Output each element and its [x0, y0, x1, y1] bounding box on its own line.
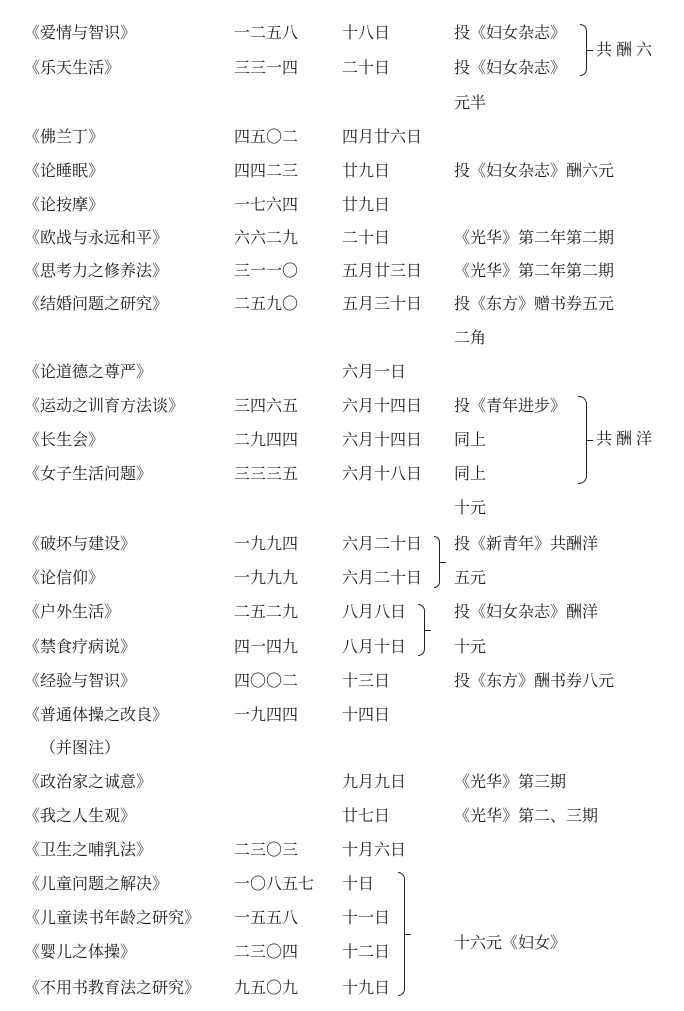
article-title: 《爱情与智识》 [24, 23, 136, 43]
date: 十二日 [342, 942, 390, 962]
word-count: 二三〇四 [234, 942, 298, 962]
publication-note: 《光华》第二年第二期 [454, 228, 614, 248]
article-title: 《政治家之诚意》 [24, 772, 152, 792]
table-row: 《卫生之哺乳法》二三〇三十月六日 [0, 840, 684, 874]
word-count: 一〇八五七 [234, 874, 314, 894]
brace-group3 [398, 872, 405, 996]
word-count: 一二五八 [234, 23, 298, 43]
table-row: （并图注） [0, 738, 684, 772]
date: 六月二十日 [342, 534, 422, 554]
article-title: 《儿童问题之解决》 [24, 874, 168, 894]
article-title: 《论按摩》 [24, 195, 104, 215]
brace-group-june20 [434, 536, 440, 588]
word-count: 一七六四 [234, 195, 298, 215]
table-row: 十元 [0, 498, 684, 532]
table-row: 《结婚问题之研究》二五九〇五月三十日投《东方》赠书券五元 [0, 294, 684, 328]
publication-note: 《光华》第二年第二期 [454, 261, 614, 281]
word-count: 四一四九 [234, 637, 298, 657]
date: 八月八日 [342, 602, 406, 622]
date: 九月九日 [342, 772, 406, 792]
word-count: 一九九九 [234, 568, 298, 588]
publication-note: 投《妇女杂志》酬洋 [454, 602, 598, 622]
brace-note-group3: 十六元《妇女》 [454, 933, 566, 953]
word-count: 二五九〇 [234, 294, 298, 314]
word-count: 三三一四 [234, 58, 298, 78]
table-row: 《破坏与建设》一九九四六月二十日投《新青年》共酬洋 [0, 534, 684, 568]
date: 廿七日 [342, 806, 390, 826]
date: 八月十日 [342, 637, 406, 657]
article-title: 《婴儿之体操》 [24, 942, 136, 962]
publication-note: 《光华》第二、三期 [454, 806, 598, 826]
date: 十月六日 [342, 840, 406, 860]
table-row: 《欧战与永远和平》六六二九二十日《光华》第二年第二期 [0, 228, 684, 262]
table-row: 《儿童问题之解决》一〇八五七十日 [0, 874, 684, 908]
article-title: 《思考力之修养法》 [24, 261, 168, 281]
article-title: 《经验与智识》 [24, 671, 136, 691]
date: 四月廿六日 [342, 127, 422, 147]
publication-note: 《光华》第三期 [454, 772, 566, 792]
article-title: 《普通体操之改良》 [24, 705, 168, 725]
date: 十一日 [342, 908, 390, 928]
publication-note: 投《妇女杂志》 [454, 23, 566, 43]
table-row: 《婴儿之体操》二三〇四十二日 [0, 942, 684, 976]
table-row: 二角 [0, 328, 684, 362]
article-title: 《结婚问题之研究》 [24, 294, 168, 314]
table-row: 《我之人生观》廿七日《光华》第二、三期 [0, 806, 684, 840]
date: 十八日 [342, 23, 390, 43]
table-row: 《不用书教育法之研究》九五〇九十九日 [0, 978, 684, 1011]
brace-group2 [578, 396, 587, 484]
article-title: 《乐天生活》 [24, 58, 120, 78]
article-title: 《佛兰丁》 [24, 127, 104, 147]
article-title: （并图注） [40, 738, 120, 758]
date: 六月十四日 [342, 430, 422, 450]
word-count: 一九九四 [234, 534, 298, 554]
date: 十九日 [342, 978, 390, 998]
publication-note: 十元 [454, 498, 486, 518]
word-count: 三一一〇 [234, 261, 298, 281]
table-row: 《论道德之尊严》六月一日 [0, 362, 684, 396]
table-row: 《禁食疗病说》四一四九八月十日十元 [0, 637, 684, 671]
word-count: 二九四四 [234, 430, 298, 450]
publication-note: 投《东方》赠书券五元 [454, 294, 614, 314]
date: 廿九日 [342, 195, 390, 215]
article-title: 《不用书教育法之研究》 [24, 978, 200, 998]
word-count: 一五五八 [234, 908, 298, 928]
word-count: 四〇〇二 [234, 671, 298, 691]
word-count: 三三三五 [234, 464, 298, 484]
date: 五月廿三日 [342, 261, 422, 281]
publication-note: 元半 [454, 93, 486, 113]
article-title: 《长生会》 [24, 430, 104, 450]
word-count: 三四六五 [234, 396, 298, 416]
table-row: 《户外生活》二五二九八月八日投《妇女杂志》酬洋 [0, 602, 684, 636]
date: 六月二十日 [342, 568, 422, 588]
publication-note: 投《东方》酬书券八元 [454, 671, 614, 691]
word-count: 一九四四 [234, 705, 298, 725]
publication-note: 同上 [454, 430, 486, 450]
table-row: 《佛兰丁》四五〇二四月廿六日 [0, 127, 684, 161]
article-title: 《女子生活问题》 [24, 464, 152, 484]
article-title: 《儿童读书年龄之研究》 [24, 908, 200, 928]
brace-group1 [580, 24, 587, 76]
table-row: 《普通体操之改良》一九四四十四日 [0, 705, 684, 739]
brace-note-group1: 共酬六 [596, 40, 656, 60]
table-row: 《思考力之修养法》三一一〇五月廿三日《光华》第二年第二期 [0, 261, 684, 295]
date: 六月一日 [342, 362, 406, 382]
article-title: 《论信仰》 [24, 568, 104, 588]
table-row: 《论睡眠》四四二三廿九日投《妇女杂志》酬六元 [0, 161, 684, 195]
word-count: 二三〇三 [234, 840, 298, 860]
article-title: 《卫生之哺乳法》 [24, 840, 152, 860]
article-title: 《欧战与永远和平》 [24, 228, 168, 248]
publication-note: 投《妇女杂志》 [454, 58, 566, 78]
table-row: 《论信仰》一九九九六月二十日五元 [0, 568, 684, 602]
word-count: 九五〇九 [234, 978, 298, 998]
word-count: 四四二三 [234, 161, 298, 181]
article-title: 《论道德之尊严》 [24, 362, 152, 382]
publication-note: 同上 [454, 464, 486, 484]
table-row: 元半 [0, 93, 684, 127]
publication-note: 投《新青年》共酬洋 [454, 534, 598, 554]
date: 二十日 [342, 58, 390, 78]
date: 五月三十日 [342, 294, 422, 314]
word-count: 六六二九 [234, 228, 298, 248]
table-row: 《儿童读书年龄之研究》一五五八十一日 [0, 908, 684, 942]
date: 十日 [342, 874, 374, 894]
word-count: 二五二九 [234, 602, 298, 622]
brace-group-aug [418, 604, 425, 656]
date: 十三日 [342, 671, 390, 691]
article-title: 《论睡眠》 [24, 161, 104, 181]
publication-note: 十元 [454, 637, 486, 657]
date: 六月十四日 [342, 396, 422, 416]
publication-note: 投《青年进步》 [454, 396, 566, 416]
date: 六月十八日 [342, 464, 422, 484]
article-title: 《运动之训育方法谈》 [24, 396, 184, 416]
publication-note: 二角 [454, 328, 486, 348]
table-row: 《论按摩》一七六四廿九日 [0, 195, 684, 229]
publication-note: 投《妇女杂志》酬六元 [454, 161, 614, 181]
word-count: 四五〇二 [234, 127, 298, 147]
brace-note-group2: 共酬洋 [596, 429, 656, 449]
article-title: 《破坏与建设》 [24, 534, 136, 554]
table-row: 《政治家之诚意》九月九日《光华》第三期 [0, 772, 684, 806]
date: 廿九日 [342, 161, 390, 181]
date: 十四日 [342, 705, 390, 725]
article-title: 《户外生活》 [24, 602, 120, 622]
article-title: 《我之人生观》 [24, 806, 136, 826]
article-title: 《禁食疗病说》 [24, 637, 136, 657]
table-row: 《经验与智识》四〇〇二十三日投《东方》酬书券八元 [0, 671, 684, 705]
publication-note: 五元 [454, 568, 486, 588]
date: 二十日 [342, 228, 390, 248]
